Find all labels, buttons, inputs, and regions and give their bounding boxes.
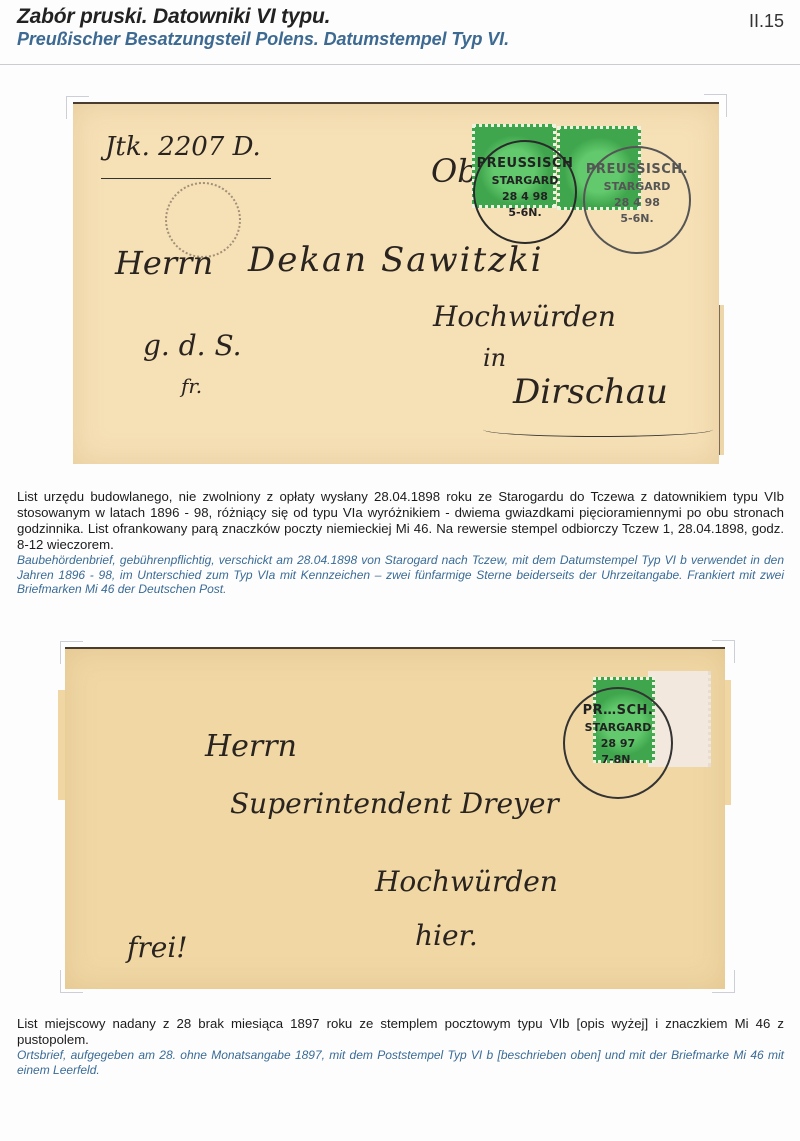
postmark: PREUSSISCH STARGARD 28 4 98 5-6N. (473, 140, 577, 244)
handwritten-note-left: g. d. S. (143, 329, 242, 362)
postmark: PREUSSISCH. STARGARD 28 4 98 5-6N. (583, 146, 691, 254)
handwritten-addressee: Dekan Sawitzki (248, 240, 544, 280)
caption-1: List urzędu budowlanego, nie zwolniony z… (17, 489, 784, 597)
caption-2: List miejscowy nadany z 28 brak miesiąca… (17, 1016, 784, 1077)
handwritten-city: Dirschau (513, 372, 668, 412)
handwritten-salutation: Herrn (205, 729, 297, 764)
page-title: Zabór pruski. Datowniki VI typu. (17, 5, 330, 29)
city-underline (483, 422, 713, 437)
caption-polish: List urzędu budowlanego, nie zwolniony z… (17, 489, 784, 553)
cover-1: Jtk. 2207 D. Ob Herrn Dekan Sawitzki Hoc… (73, 102, 719, 464)
handwritten-note-left-2: fr. (181, 374, 202, 398)
handwritten-addressee: Superintendent Dreyer (230, 787, 559, 820)
handwritten-city: hier. (415, 919, 478, 952)
envelope-flap (725, 680, 731, 805)
handwritten-prefix: in (483, 344, 506, 372)
handwritten-title: Hochwürden (433, 300, 616, 333)
postmark: PR…SCH. STARGARD 28 97 7-8N. (563, 687, 673, 799)
page-number: II.15 (749, 11, 784, 32)
handwritten-salutation: Herrn (115, 244, 213, 282)
caption-german: Ortsbrief, aufgegeben am 28. ohne Monats… (17, 1048, 784, 1077)
cover-2: PR…SCH. STARGARD 28 97 7-8N. Herrn Super… (65, 647, 725, 989)
header-divider (0, 64, 800, 65)
handwritten-note-top: Ob (431, 152, 478, 190)
handwritten-reference: Jtk. 2207 D. (105, 132, 261, 162)
envelope-flap (719, 305, 724, 455)
handwritten-note-left: frei! (127, 931, 188, 964)
handwritten-title: Hochwürden (375, 865, 558, 898)
page-subtitle: Preußischer Besatzungsteil Polens. Datum… (17, 29, 509, 50)
caption-polish: List miejscowy nadany z 28 brak miesiąca… (17, 1016, 784, 1048)
reference-underline (101, 178, 271, 179)
caption-german: Baubehördenbrief, gebührenpflichtig, ver… (17, 553, 784, 597)
page-header: Zabór pruski. Datowniki VI typu. Preußis… (0, 0, 800, 64)
